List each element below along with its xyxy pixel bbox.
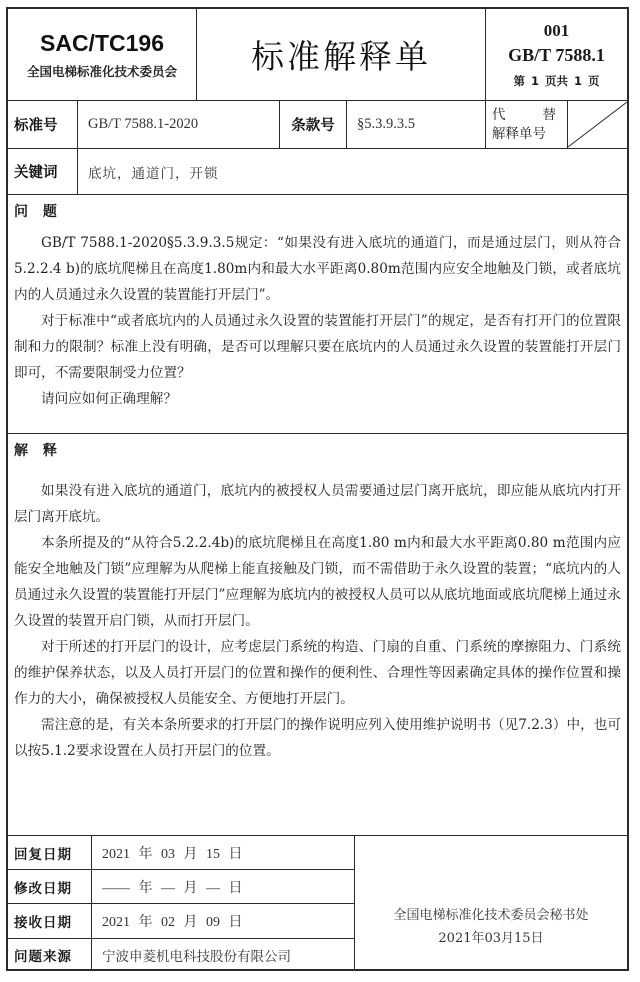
question-body: GB/T 7588.1-2020§5.3.9.3.5规定：“如果没有进入底坑的通… [14, 230, 621, 412]
doc-number: 001 [544, 20, 570, 42]
replace-label-top-left: 代 [492, 106, 506, 125]
org-code: SAC/TC196 [40, 30, 164, 56]
signature-box: 全国电梯标准化技术委员会秘书处 2021年03月15日 [355, 836, 627, 971]
explanation-paragraph: 需注意的是，有关本条所要求的打开层门的操作说明应列入使用维护说明书（见7.2.3… [14, 712, 621, 764]
doc-title: 标准解释单 [251, 31, 431, 78]
signature-date: 2021年03月15日 [355, 927, 627, 950]
keywords-value: 底坑，通道门，开锁 [78, 162, 219, 182]
org-name: 全国电梯标准化技术委员会 [27, 62, 177, 80]
standard-short: GB/T 7588.1 [508, 42, 605, 68]
standard-value-cell: GB/T 7588.1-2020 [78, 101, 280, 149]
modify-date-label-cell: 修改日期 [8, 870, 92, 904]
standard-label-cell: 标准号 [8, 101, 78, 149]
keywords-label-cell: 关键词 [8, 149, 78, 195]
clause-label-cell: 条款号 [280, 101, 347, 149]
source-value-cell: 宁波申菱机电科技股份有限公司 [92, 939, 355, 971]
question-paragraph: 请问应如何正确理解？ [14, 386, 621, 412]
org-logo-cell: SAC/TC196 全国电梯标准化技术委员会 [8, 9, 197, 101]
source-label-cell: 问题来源 [8, 939, 92, 971]
clause-value: §5.3.9.3.5 [347, 116, 415, 133]
explanation-paragraph: 对于所述的打开层门的设计，应考虑层门系统的构造、门扇的自重、门系统的摩擦阻力、门… [14, 634, 621, 712]
source-label: 问题来源 [8, 945, 72, 965]
replace-label-bottom: 解释单号 [486, 125, 567, 144]
keywords-label: 关键词 [14, 161, 58, 182]
interpretation-form: SAC/TC196 全国电梯标准化技术委员会 标准解释单 001 GB/T 75… [6, 7, 629, 971]
reply-date-value: 2021 年 03 月 15 日 [92, 843, 243, 863]
reply-date-label: 回复日期 [8, 843, 72, 863]
title-cell: 标准解释单 [197, 9, 486, 101]
replace-value-cell [568, 101, 627, 149]
receive-date-value-cell: 2021 年 02 月 09 日 [92, 904, 355, 939]
explanation-title: 解 释 [14, 440, 57, 460]
clause-value-cell: §5.3.9.3.5 [347, 101, 486, 149]
question-section: 问 题 GB/T 7588.1-2020§5.3.9.3.5规定：“如果没有进入… [8, 195, 627, 434]
replace-label-cell: 代 替 解释单号 [486, 101, 568, 149]
signature-org: 全国电梯标准化技术委员会秘书处 [355, 904, 627, 927]
receive-date-label: 接收日期 [8, 911, 72, 931]
page-info: 第 1 页共 1 页 [513, 73, 599, 89]
explanation-body: 如果没有进入底坑的通道门，底坑内的被授权人员需要通过层门离开底坑，即应能从底坑内… [14, 478, 621, 764]
source-value: 宁波申菱机电科技股份有限公司 [92, 945, 291, 965]
receive-date-label-cell: 接收日期 [8, 904, 92, 939]
explanation-paragraph: 如果没有进入底坑的通道门，底坑内的被授权人员需要通过层门离开底坑，即应能从底坑内… [14, 478, 621, 530]
diagonal-strike-icon [568, 101, 627, 148]
question-title: 问 题 [14, 201, 57, 221]
modify-date-value: —— 年 — 月 — 日 [92, 877, 243, 897]
explanation-paragraph: 本条所提及的“从符合5.2.2.4b)的底坑爬梯且在高度1.80 m内和最大水平… [14, 530, 621, 634]
modify-date-label: 修改日期 [8, 877, 72, 897]
standard-value: GB/T 7588.1-2020 [78, 116, 198, 133]
doc-number-cell: 001 GB/T 7588.1 第 1 页共 1 页 [486, 9, 627, 101]
explanation-section: 解 释 如果没有进入底坑的通道门，底坑内的被授权人员需要通过层门离开底坑，即应能… [8, 434, 627, 836]
question-paragraph: GB/T 7588.1-2020§5.3.9.3.5规定：“如果没有进入底坑的通… [14, 230, 621, 308]
keywords-value-cell: 底坑，通道门，开锁 [78, 149, 627, 195]
clause-label: 条款号 [291, 114, 335, 135]
replace-label-top-right: 替 [543, 106, 557, 125]
question-paragraph: 对于标准中“或者底坑内的人员通过永久设置的装置能打开层门”的规定，是否有打开门的… [14, 308, 621, 386]
receive-date-value: 2021 年 02 月 09 日 [92, 911, 243, 931]
reply-date-value-cell: 2021 年 03 月 15 日 [92, 836, 355, 870]
reply-date-label-cell: 回复日期 [8, 836, 92, 870]
modify-date-value-cell: —— 年 — 月 — 日 [92, 870, 355, 904]
standard-label: 标准号 [14, 114, 58, 135]
